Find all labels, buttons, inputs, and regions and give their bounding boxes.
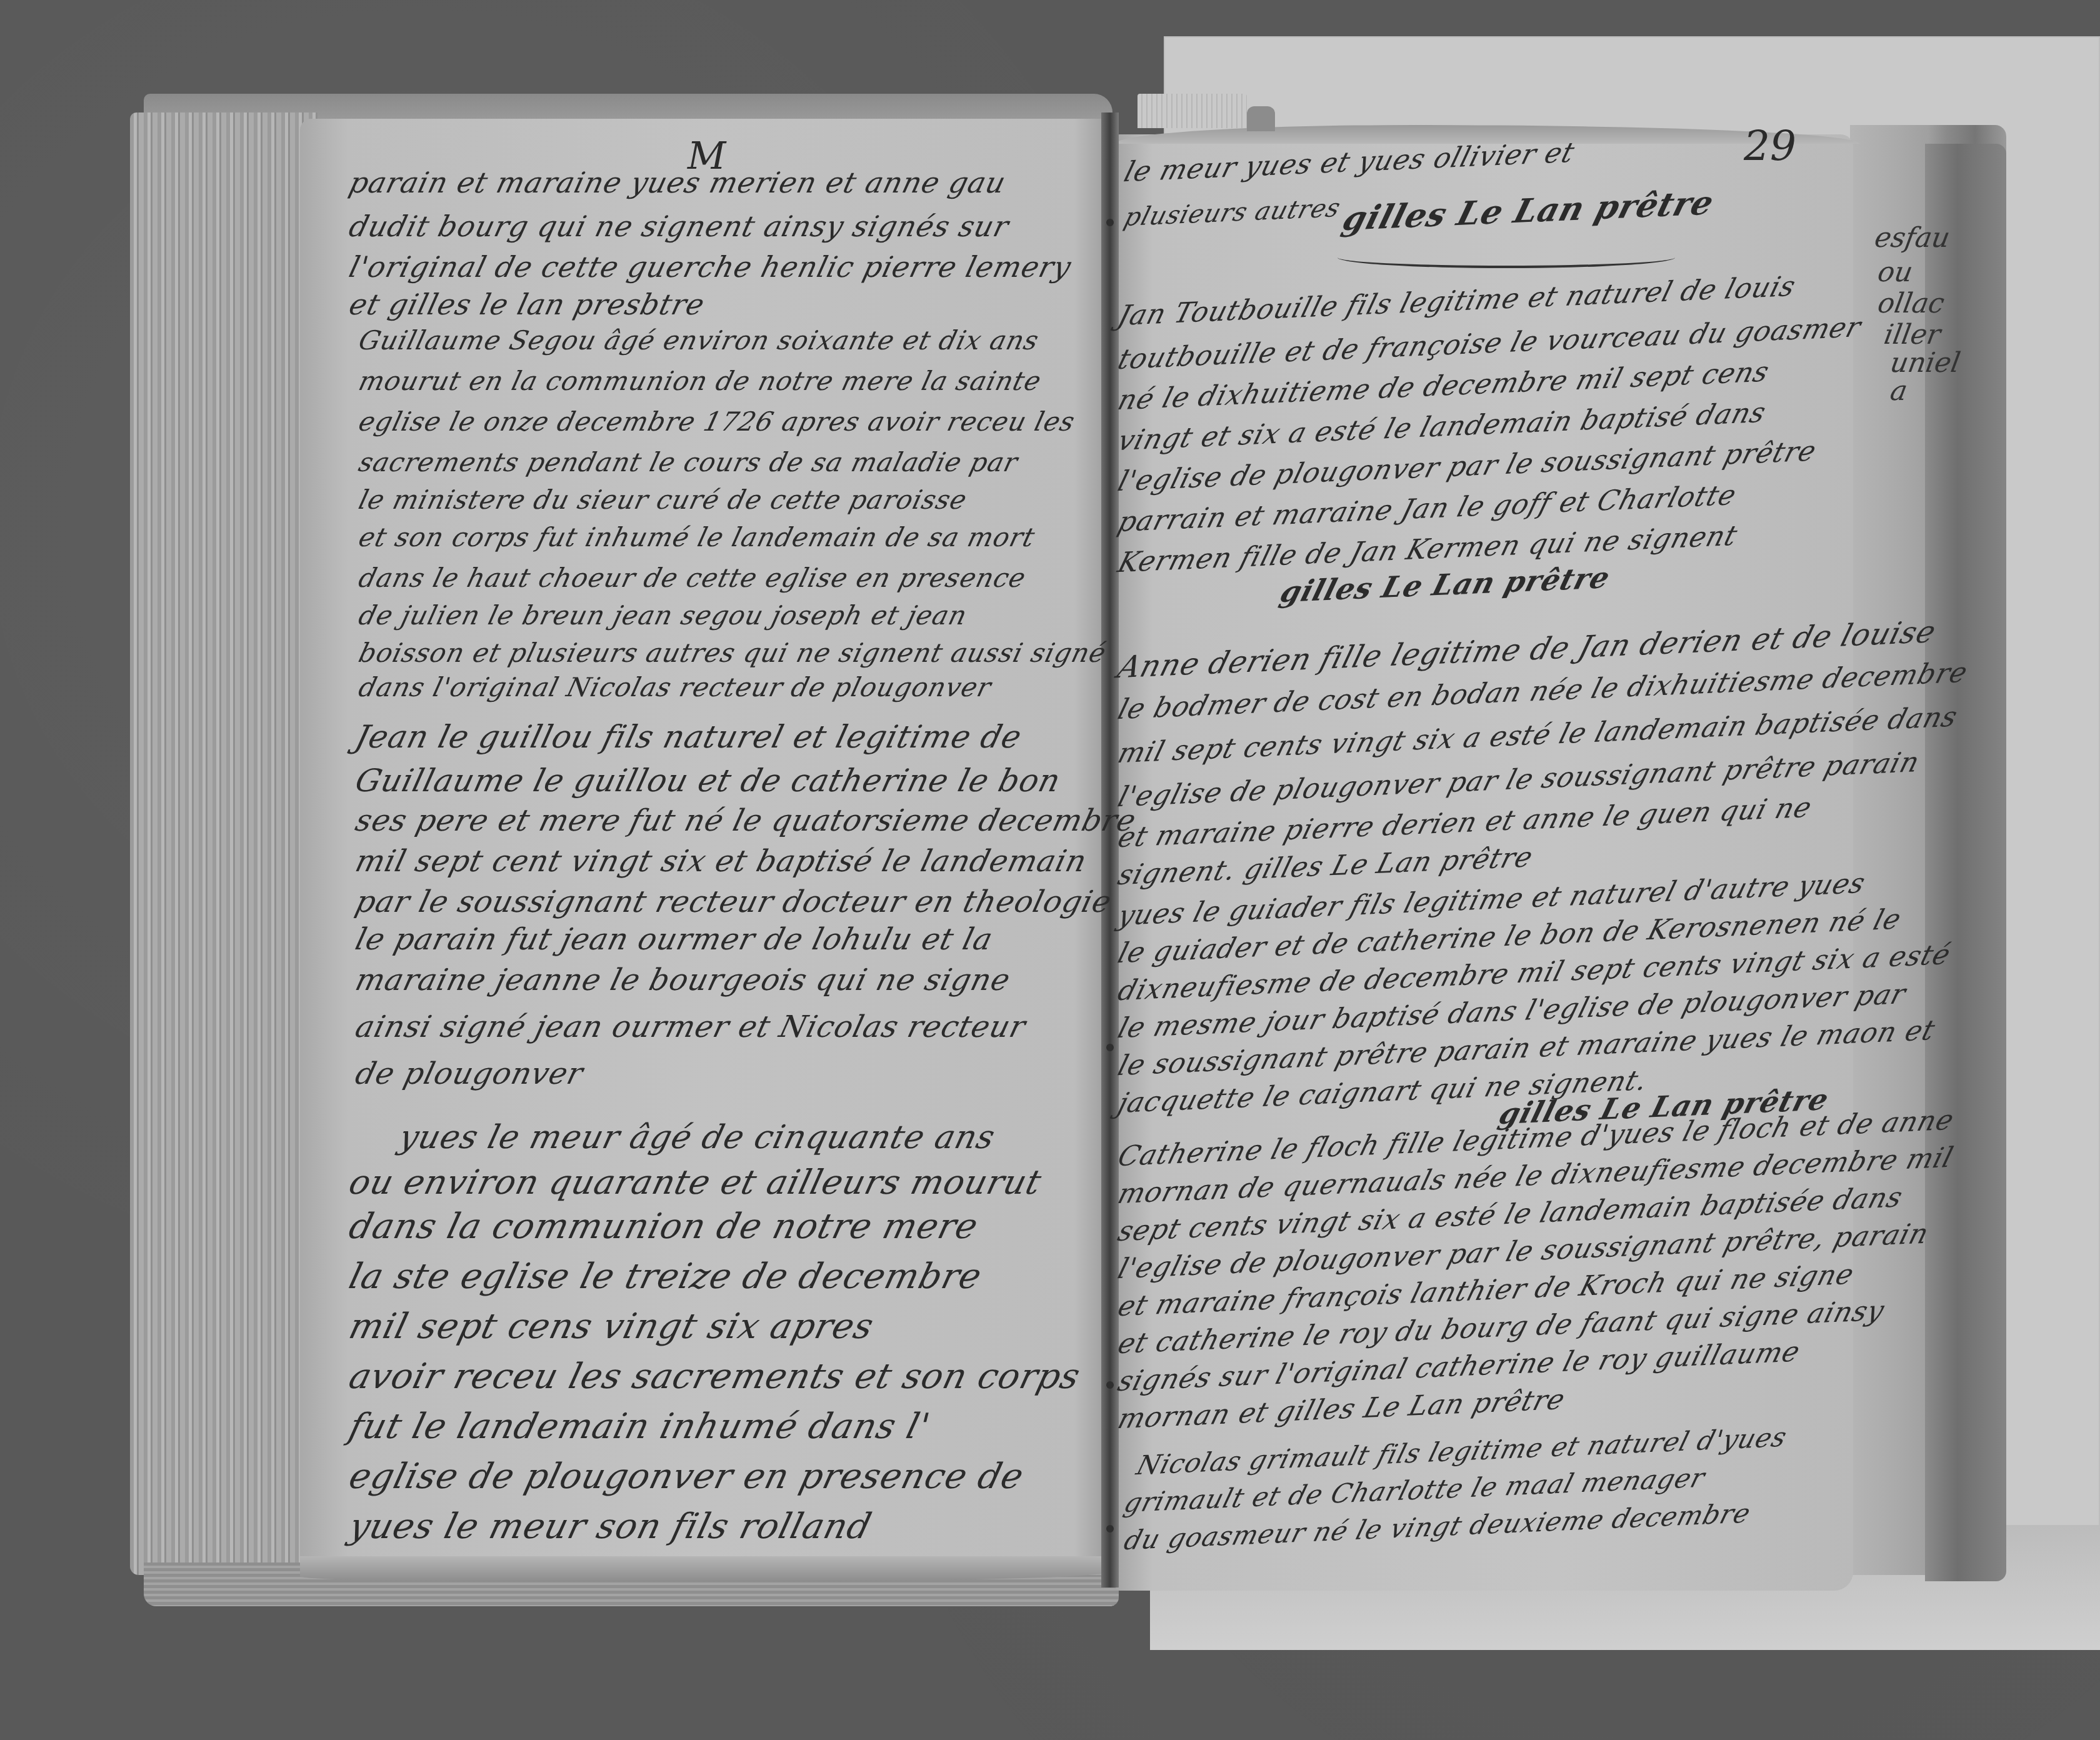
left-fore-edge bbox=[130, 112, 317, 1575]
burial-entry-line: ou environ quarante et ailleurs mourut bbox=[345, 1162, 1046, 1202]
right-folio-number: 29 bbox=[1744, 122, 1796, 170]
baptism-entry-line: maraine jeanne le bourgeois qui ne signe bbox=[352, 962, 1014, 997]
burial-entry-line: yues le meur son fils rolland bbox=[345, 1506, 876, 1547]
margin-fragment: uniel bbox=[1888, 347, 1963, 379]
baptism-entry-line: par le soussignant recteur docteur en th… bbox=[352, 884, 1115, 919]
text-line: l'original de cette guerche henlic pierr… bbox=[346, 250, 1075, 284]
baptism-entry-line: Guillaume le guillou et de catherine le … bbox=[352, 762, 1064, 799]
bookmark-tab-end bbox=[1247, 106, 1275, 131]
burial-entry-line: fut le landemain inhumé dans l' bbox=[345, 1406, 934, 1447]
text-line: et gilles le lan presbtre bbox=[346, 287, 708, 321]
burial-entry-line: le ministere du sieur curé de cette paro… bbox=[356, 484, 971, 515]
margin-fragment: esfau bbox=[1872, 222, 1952, 254]
baptism-entry-line: de plougonver bbox=[352, 1056, 587, 1091]
binding-stitch bbox=[1106, 1381, 1114, 1389]
text-line: dudit bourg qui ne signent ainsy signés … bbox=[346, 209, 1012, 243]
baptism-entry-line: Jean le guillou fils naturel et legitime… bbox=[352, 719, 1026, 755]
burial-entry-line: avoir receu les sacrements et son corps bbox=[345, 1356, 1084, 1397]
burial-entry-line: eglise de plougonver en presence de bbox=[345, 1456, 1028, 1497]
binding-stitch bbox=[1106, 219, 1114, 226]
margin-fragment: ou bbox=[1876, 256, 1916, 288]
binding-stitch bbox=[1106, 1525, 1114, 1532]
margin-fragment: iller bbox=[1882, 319, 1943, 351]
burial-entry-line: de julien le breun jean segou joseph et … bbox=[356, 600, 971, 631]
burial-entry-line: dans l'original Nicolas recteur de ploug… bbox=[356, 672, 995, 702]
left-page-torn-bottom bbox=[300, 1556, 1112, 1581]
burial-entry-line: la ste eglise le treize de decembre bbox=[345, 1256, 986, 1297]
burial-entry-line: et son corps fut inhumé le landemain de … bbox=[356, 522, 1038, 552]
text-line: parain et maraine yues merien et anne ga… bbox=[346, 166, 1009, 199]
baptism-entry-line: ainsi signé jean ourmer et Nicolas recte… bbox=[352, 1009, 1029, 1044]
burial-entry-line: dans la communion de notre mere bbox=[345, 1206, 982, 1247]
baptism-entry-line: mil sept cent vingt six et baptisé le la… bbox=[352, 844, 1091, 879]
burial-entry-line: boisson et plusieurs autres qui ne signe… bbox=[356, 637, 1110, 668]
baptism-entry-line: ses pere et mere fut né le quatorsieme d… bbox=[352, 803, 1140, 838]
burial-entry-line: Guillaume Segou âgé environ soixante et … bbox=[356, 325, 1042, 356]
burial-entry-line: mil sept cens vingt six apres bbox=[345, 1306, 878, 1347]
baptism-entry-line: le parain fut jean ourmer de lohulu et l… bbox=[352, 922, 997, 957]
binding-stitch bbox=[1106, 1044, 1114, 1051]
burial-entry-line: dans le haut choeur de cette eglise en p… bbox=[356, 562, 1029, 593]
burial-entry-line: eglise le onze decembre 1726 apres avoir… bbox=[356, 406, 1078, 437]
burial-entry-line: sacrements pendant le cours de sa maladi… bbox=[356, 447, 1021, 477]
margin-fragment: ollac bbox=[1876, 287, 1947, 319]
burial-entry-line: yues le meur âgé de cinquante ans bbox=[396, 1119, 999, 1156]
burial-entry-line: mourut en la communion de notre mere la … bbox=[356, 366, 1045, 396]
signature-flourish bbox=[1337, 247, 1675, 268]
bookmark-tab bbox=[1137, 94, 1247, 128]
